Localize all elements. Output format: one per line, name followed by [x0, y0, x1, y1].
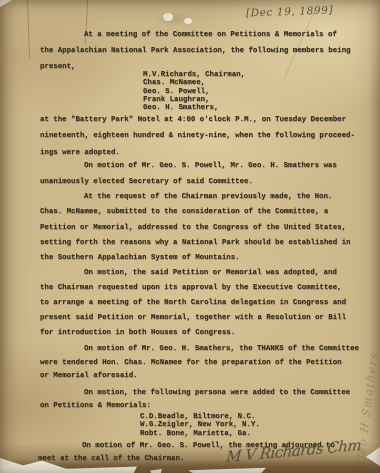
typed-line: to arrange a meeting of the North Caroli…	[40, 296, 346, 311]
member-line: Chas. McNamee,	[143, 79, 245, 87]
typed-line: at the "Battery Park" Hotel at 4:00 o'cl…	[40, 112, 355, 128]
typed-line: were tendered Hon. Chas. McNamee for the…	[40, 357, 359, 371]
paragraph-added-members: On motion, the following persona were ad…	[40, 387, 350, 414]
paper-tear	[0, 0, 12, 7]
typed-line: nineteenth, eighteen hundred & ninety-ni…	[40, 128, 355, 144]
paragraph-opening: At a meeting of the Committee on Petitio…	[40, 27, 350, 75]
typed-line: on Petitions & Memorials:	[40, 400, 350, 413]
typed-line: the Chairman requested upon its approval…	[40, 281, 346, 296]
typed-line: At a meeting of the Committee on Petitio…	[40, 27, 350, 43]
member-line: W.G.Zeigler, New York, N.Y.	[140, 421, 260, 429]
paragraph-thanks: On motion of Mr. Geo. H. Smathers, the T…	[40, 343, 359, 384]
members-list: M.V.Richards, Chairman, Chas. McNamee, G…	[143, 71, 245, 112]
typed-line: On motion of Mr. Geo. S. Powell, Mr. Geo…	[40, 159, 337, 175]
paper-tear	[188, 467, 266, 473]
member-line: Robt. Bone, Marietta, Ga.	[140, 430, 260, 438]
paragraph-secretary-election: On motion of Mr. Geo. S. Powell, Mr. Geo…	[40, 159, 337, 190]
scanned-document-page: [Dec 19, 1899] At a meeting of the Commi…	[0, 0, 380, 473]
added-members-list: C.D.Beadle, Biltmore, N.C. W.G.Zeigler, …	[140, 413, 260, 438]
paragraph-petition-submission: At the request of the Chairman previousl…	[40, 190, 350, 266]
typed-line: unanimously elected Secretary of said Co…	[40, 175, 337, 191]
typed-line: the Southern Appalachian System of Mount…	[40, 251, 350, 266]
paper-speck	[163, 13, 173, 21]
typed-line: the Appalachian National Park Associatio…	[40, 43, 350, 59]
typed-line: At the request of the Chairman previousl…	[40, 190, 350, 205]
typed-line: Petition or Memorial, addressed to the C…	[40, 221, 350, 236]
paper-speck	[184, 18, 192, 24]
typed-line: On motion, the following persona were ad…	[40, 387, 350, 400]
typed-line: for introduction in both Houses of Congr…	[40, 326, 346, 341]
typed-line: setting forth the reasons why a National…	[40, 236, 350, 251]
paper-tear	[150, 469, 162, 473]
paper-tear	[55, 466, 137, 473]
typed-line: or Memorial aforesaid.	[40, 370, 359, 384]
member-line: Geo. S. Powell,	[143, 88, 245, 96]
paragraph-meeting-place: at the "Battery Park" Hotel at 4:00 o'cl…	[40, 112, 355, 161]
member-line: Frank Laughran,	[143, 96, 245, 104]
typed-line: present said Petition or Memorial, toget…	[40, 311, 346, 326]
paragraph-petition-adopted: On motion, the said Petition or Memorial…	[40, 266, 346, 341]
handwritten-date-annotation: [Dec 19, 1899]	[246, 4, 334, 19]
typed-line: Chas. McNamee, submitted to the consider…	[40, 205, 350, 220]
typed-line: On motion, the said Petition or Memorial…	[40, 266, 346, 281]
crease	[27, 0, 30, 58]
typed-line: On motion of Mr. Geo. H. Smathers, the T…	[40, 343, 359, 357]
